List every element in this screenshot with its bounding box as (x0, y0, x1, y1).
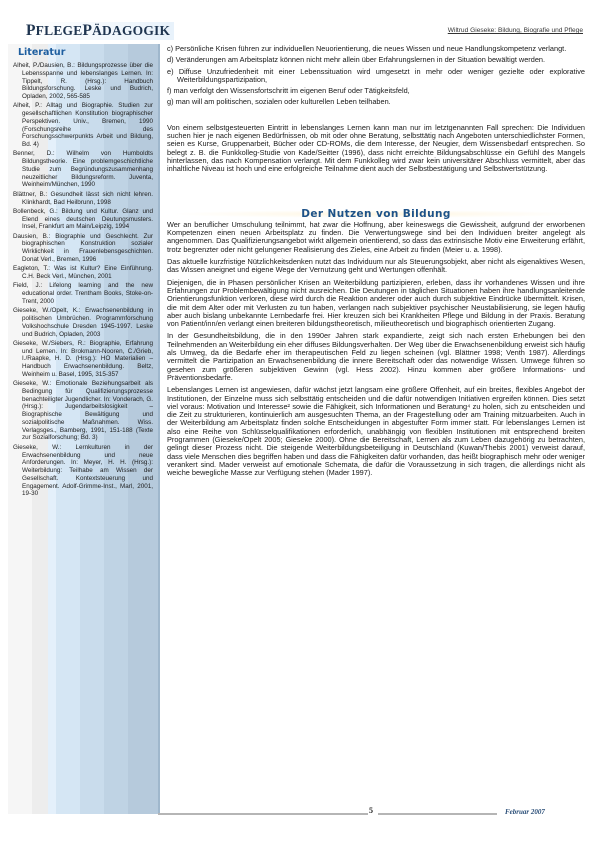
reference-item: Blättner, B.: Gesundheit lässt sich nich… (13, 191, 153, 207)
paragraph: Wer an beruflicher Umschulung teilnimmt,… (167, 221, 585, 254)
brand-initial: P (82, 22, 92, 39)
paragraph: Das aktuelle kurzfristige Nützlichkeitsd… (167, 258, 585, 275)
paragraph: Diejenigen, die in Phasen persönlicher K… (167, 279, 585, 329)
running-title: Wiltrud Gieseke: Bildung, Biografie und … (448, 27, 583, 34)
brand-initial: P (26, 22, 36, 39)
brand-part: ÄDAGOGIK (92, 23, 170, 38)
list-item: f) man verfolgt den Wissensfortschritt i… (167, 87, 585, 95)
sidebar-title: Literatur (18, 47, 65, 58)
reference-item: Gieseke, W.: Emotionale Beziehungsarbeit… (13, 380, 153, 442)
reference-item: Gieseke, W.: Lernkulturen in der Erwachs… (13, 444, 153, 498)
paragraph: Von einem selbstgesteuerten Eintritt in … (167, 124, 585, 174)
list-item: d) Veränderungen am Arbeitsplatz können … (167, 56, 585, 64)
reference-list: Alheit, P./Dausien, B.: Bildungsprozesse… (13, 62, 153, 500)
section-heading: Der Nutzen von Bildung (167, 210, 585, 218)
footer-divider (158, 813, 368, 815)
journal-brand-logo: PFLEGEPÄDAGOGIK (26, 22, 174, 40)
list-item: g) man will am politischen, sozialen ode… (167, 98, 585, 106)
brand-part: FLEGE (36, 23, 83, 38)
footer-divider (378, 813, 497, 815)
reference-item: Gieseke, W./Siebers, R.: Biographie, Erf… (13, 340, 153, 379)
reference-item: Dausien, B.: Biographie und Geschlecht. … (13, 233, 153, 264)
reference-item: Benner, D.: Wilhelm von Humboldts Bildun… (13, 150, 153, 189)
paragraph: In der Gesundheitsbildung, die in den 19… (167, 332, 585, 382)
reference-item: Field, J.: Lifelong learning and the new… (13, 282, 153, 305)
reference-item: Eagleton, T.: Was ist Kultur? Eine Einfü… (13, 265, 153, 281)
spacer (167, 110, 585, 124)
main-text-column: c) Persönliche Krisen führen zur individ… (167, 45, 585, 481)
issue-date: Februar 2007 (505, 808, 545, 816)
reference-item: Gieseke, W./Opelt, K.: Erwachsenenbildun… (13, 307, 153, 338)
list-item: e) Diffuse Unzufriedenheit mit einer Leb… (167, 68, 585, 85)
list-item: c) Persönliche Krisen führen zur individ… (167, 45, 585, 53)
reference-item: Alheit, P.: Alltag und Biographie. Studi… (13, 102, 153, 149)
paragraph: Lebenslanges Lernen ist angewiesen, dafü… (167, 386, 585, 477)
reference-item: Bollenbeck, G.: Bildung und Kultur. Glan… (13, 208, 153, 231)
reference-item: Alheit, P./Dausien, B.: Bildungsprozesse… (13, 62, 153, 101)
